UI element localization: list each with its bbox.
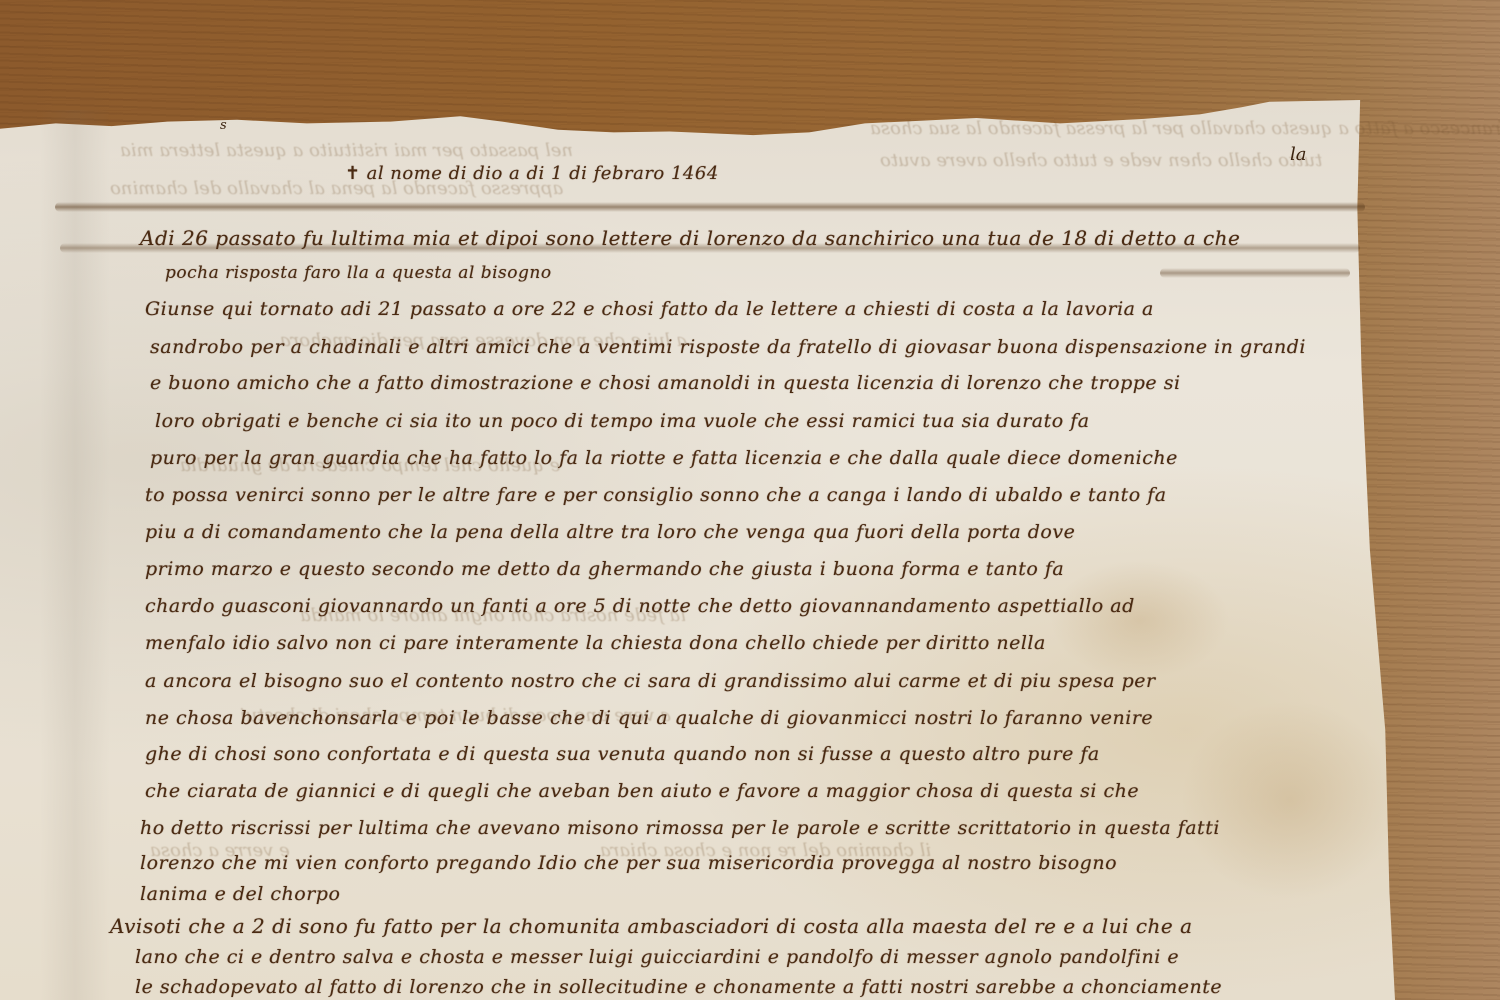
text-line: le schadopevato al fatto di lorenzo che … xyxy=(135,976,1222,998)
text-line: primo marzo e questo secondo me detto da… xyxy=(145,558,1064,580)
text-line: ghe di chosi sono confortata e di questa… xyxy=(145,743,1100,765)
text-line: Adi 26 passato fu lultima mia et dipoi s… xyxy=(140,226,1240,250)
text-line: loro obrigati e benche ci sia ito un poc… xyxy=(155,410,1090,432)
show-through-text: nel passato per mai ristituito a questa … xyxy=(120,140,573,161)
show-through-text: tutto chello chen vede e tutto chello av… xyxy=(880,150,1322,171)
text-line: sandrobo per a chadinali e altri amici c… xyxy=(150,336,1306,358)
text-line: to possa venirci sonno per le altre fare… xyxy=(145,484,1167,506)
date-line: al nome di dio a di 1 di febraro 1464 xyxy=(367,163,719,184)
letter-header: ✝al nome di dio a di 1 di febraro 1464 xyxy=(345,163,719,184)
text-line: puro per la gran guardia che ha fatto lo… xyxy=(150,447,1178,469)
text-line: ne chosa bavenchonsarla e poi le basse c… xyxy=(145,707,1153,729)
ruled-line xyxy=(1160,268,1350,278)
text-line: menfalo idio salvo non ci pare interamen… xyxy=(145,632,1046,654)
text-line: lorenzo che mi vien conforto pregando Id… xyxy=(140,852,1117,874)
text-line: chardo guasconi giovannardo un fanti a o… xyxy=(145,595,1135,617)
water-stain xyxy=(1050,560,1230,680)
text-line: pocha risposta faro lla a questa al biso… xyxy=(165,263,552,283)
page-mark: la xyxy=(1290,144,1307,165)
text-line: che ciarata de giannici e di quegli che … xyxy=(145,780,1139,802)
text-line: Avisoti che a 2 di sono fu fatto per la … xyxy=(110,914,1193,938)
text-line: lano che ci e dentro salva e chosta e me… xyxy=(135,946,1179,968)
show-through-text: sel signor francesco a fatto a questo ch… xyxy=(870,118,1500,139)
margin-mark: s xyxy=(220,118,227,133)
text-line: a ancora el bisogno suo el contento nost… xyxy=(145,670,1156,692)
text-line: lanima e del chorpo xyxy=(140,883,340,905)
text-line: e buono amicho che a fatto dimostrazione… xyxy=(150,372,1181,394)
text-line: piu a di comandamento che la pena della … xyxy=(145,521,1075,543)
water-stain xyxy=(1180,700,1400,900)
text-line: ho detto riscrissi per lultima che aveva… xyxy=(140,817,1220,839)
cross-icon: ✝ xyxy=(345,163,361,184)
text-line: Giunse qui tornato adi 21 passato a ore … xyxy=(145,298,1154,320)
ruled-line xyxy=(55,202,1365,212)
